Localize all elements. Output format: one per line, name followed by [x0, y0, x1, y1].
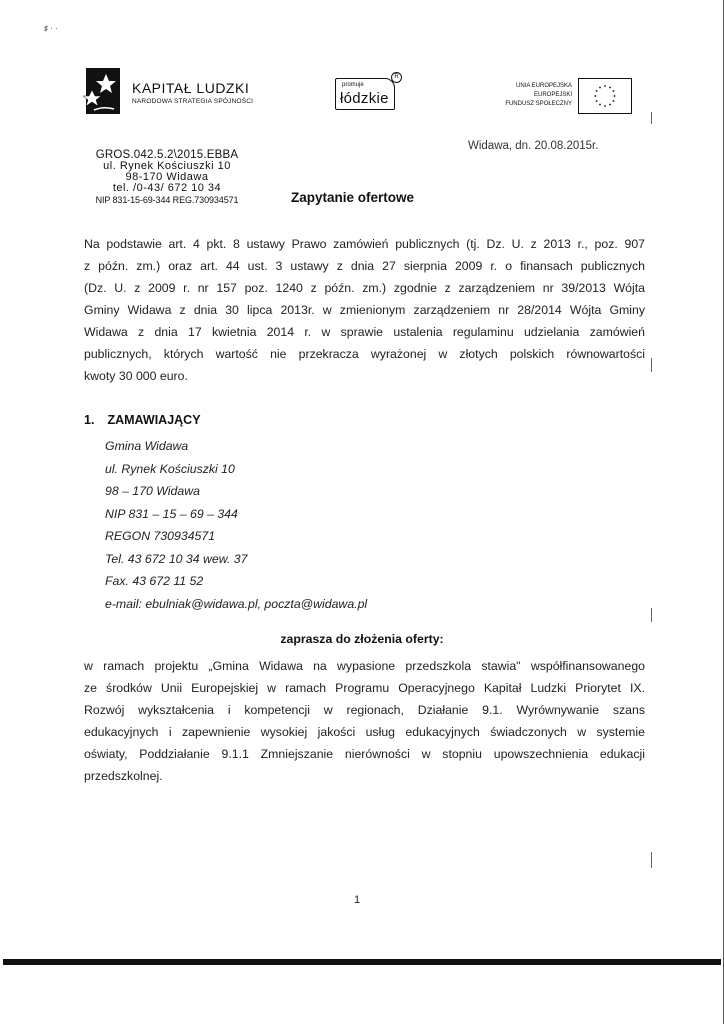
kapital-ludzki-title: KAPITAŁ LUDZKI [132, 80, 249, 96]
document-title: Zapytanie ofertowe [291, 190, 414, 205]
scan-artifact [651, 852, 652, 868]
lodzkie-small-text: promuje [342, 82, 364, 88]
address-line: Gmina Widawa [105, 435, 367, 458]
lodzkie-big-text: łódzkie [340, 90, 389, 107]
address-line: Tel. 43 672 10 34 wew. 37 [105, 548, 367, 571]
intro-line: Na podstawie art. 4 pkt. 8 ustawy Prawo … [84, 233, 645, 255]
address-line: REGON 730934571 [105, 525, 367, 548]
eu-line3: FUNDUSZ SPOŁECZNY [480, 100, 572, 109]
contracting-authority-address: Gmina Widawa ul. Rynek Kościuszki 10 98 … [105, 435, 367, 615]
section-title: ZAMAWIAJĄCY [107, 413, 200, 427]
intro-paragraph: Na podstawie art. 4 pkt. 8 ustawy Prawo … [84, 233, 645, 387]
scan-artifact [651, 358, 652, 372]
scan-speck: ♯ · · [44, 24, 58, 33]
scan-artifact [651, 112, 652, 124]
address-line: NIP 831 – 15 – 69 – 344 [105, 503, 367, 526]
project-line: przedszkolnej. [84, 765, 645, 787]
office-stamp: GROS.042.5.2\2015.EBBA ul. Rynek Kościus… [72, 149, 262, 206]
address-line: Fax. 43 672 11 52 [105, 570, 367, 593]
kapital-ludzki-flag-icon [80, 68, 120, 114]
project-line: ze środków Unii Europejskiej w ramach Pr… [84, 677, 645, 699]
intro-line: kwoty 30 000 euro. [84, 365, 645, 387]
stamp-nip-regon: NIP 831-15-69-344 REG.730934571 [72, 194, 262, 206]
address-line: e-mail: ebulniak@widawa.pl, poczta@widaw… [105, 593, 367, 616]
lodzkie-frame: promuje łódzkie [335, 78, 395, 110]
project-paragraph: w ramach projektu „Gmina Widawa na wypas… [84, 655, 645, 787]
intro-line: Widawa z dnia 17 kwietnia 2014 r. w spra… [84, 321, 645, 343]
address-line: ul. Rynek Kościuszki 10 [105, 458, 367, 481]
document-date: Widawa, dn. 20.08.2015r. [468, 140, 598, 152]
eu-flag-icon [578, 78, 632, 114]
registered-mark-icon: R [391, 72, 402, 83]
intro-line: Gminy Widawa z dnia 30 lipca 2013r. w zm… [84, 299, 645, 321]
section-number: 1. [84, 413, 104, 427]
kapital-ludzki-subtitle: NARODOWA STRATEGIA SPÓJNOŚCI [132, 98, 253, 105]
kapital-ludzki-logo: KAPITAŁ LUDZKI NARODOWA STRATEGIA SPÓJNO… [80, 68, 280, 118]
project-line: edukacyjnych i zapewnienie wysokiej jako… [84, 721, 645, 743]
address-line: 98 – 170 Widawa [105, 480, 367, 503]
project-line: w ramach projektu „Gmina Widawa na wypas… [84, 655, 645, 677]
intro-line: (Dz. U. z 2009 r. nr 157 poz. 1240 z póź… [84, 277, 645, 299]
eu-line1: UNIA EUROPEJSKA [480, 82, 572, 91]
invite-heading: zaprasza do złożenia oferty: [0, 632, 724, 646]
stamp-phone: tel. /0-43/ 672 10 34 [72, 183, 262, 194]
page-bottom-rule [3, 959, 721, 965]
eu-line2: EUROPEJSKI [480, 91, 572, 100]
lodzkie-logo: promuje łódzkie R [335, 72, 405, 110]
intro-line: publicznych, których wartość nie przekra… [84, 343, 645, 365]
project-line: Rozwój wykształcenia i kompetencji w reg… [84, 699, 645, 721]
eu-text-block: UNIA EUROPEJSKA EUROPEJSKI FUNDUSZ SPOŁE… [480, 82, 572, 109]
scan-artifact [651, 608, 652, 622]
intro-line: z późn. zm.) oraz art. 44 ust. 3 ustawy … [84, 255, 645, 277]
page-number: 1 [354, 894, 360, 906]
section-heading-zamawiajacy: 1. ZAMAWIAJĄCY [84, 413, 201, 427]
project-line: oświaty, Poddziałanie 9.1.1 Zmniejszanie… [84, 743, 645, 765]
